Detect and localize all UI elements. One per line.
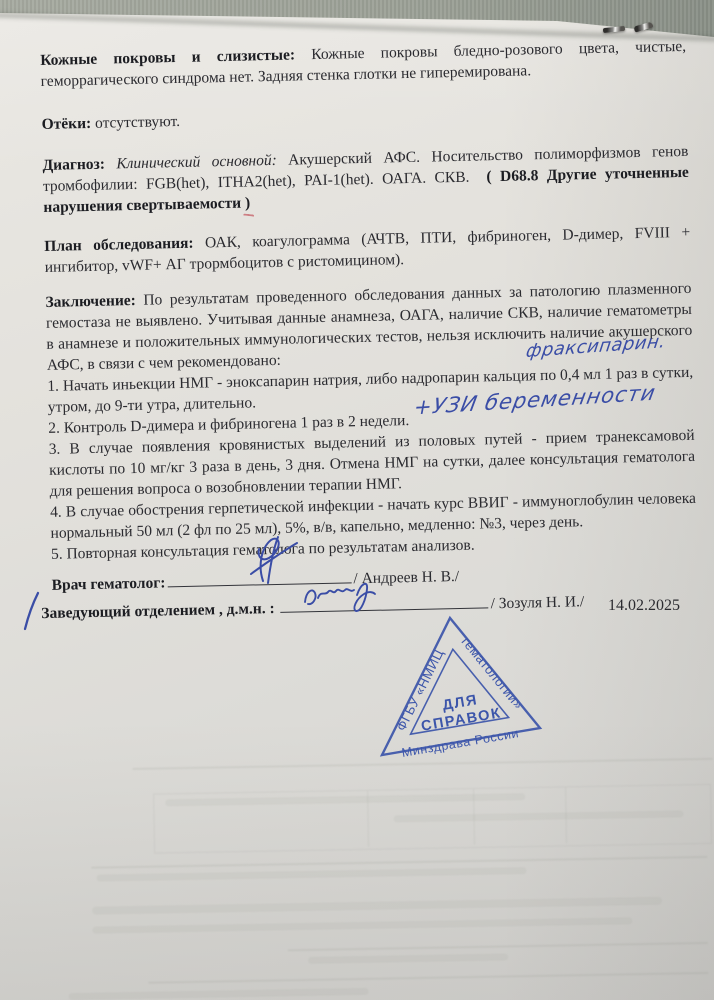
conclusion-label: Заключение: bbox=[45, 292, 136, 311]
plan-label: План обследования: bbox=[44, 235, 194, 255]
doctor-signature-line bbox=[167, 569, 351, 587]
document-text: Кожные покровы и слизистые: Кожные покро… bbox=[40, 36, 698, 624]
doctor-name: / Андреев Н. В./ bbox=[353, 568, 459, 587]
diagnosis-section: Диагноз: Клинический основной: Акушерски… bbox=[42, 141, 689, 218]
document-date: 14.02.2025 bbox=[540, 597, 680, 615]
triangular-stamp: ФГБУ «НМИЦ гематологии» Минздрава России… bbox=[368, 606, 552, 766]
plan-section: План обследования: ОАК, коагулограмма (А… bbox=[44, 222, 691, 278]
conclusion-section: Заключение: По результатам проведенного … bbox=[45, 278, 693, 376]
conclusion-text: По результатам проведенного обследования… bbox=[46, 280, 693, 374]
skin-label: Кожные покровы и слизистые: bbox=[40, 46, 295, 69]
head-label: Заведующий отделением , д.м.н. : bbox=[41, 600, 275, 622]
edema-label: Отёки: bbox=[41, 115, 91, 133]
doctor-label: Врач гематолог: bbox=[51, 574, 165, 593]
stamp-org-bottom-text: Минздрава России bbox=[401, 726, 520, 760]
diagnosis-clinical: Клинический основной: bbox=[116, 152, 277, 172]
photo-background: Кожные покровы и слизистые: Кожные покро… bbox=[0, 0, 714, 1000]
diagnosis-label: Диагноз: bbox=[42, 156, 105, 174]
edema-text: отсутствуют. bbox=[95, 113, 180, 132]
edema-section: Отёки: отсутствуют. bbox=[41, 100, 687, 135]
red-pen-mark bbox=[243, 213, 255, 220]
